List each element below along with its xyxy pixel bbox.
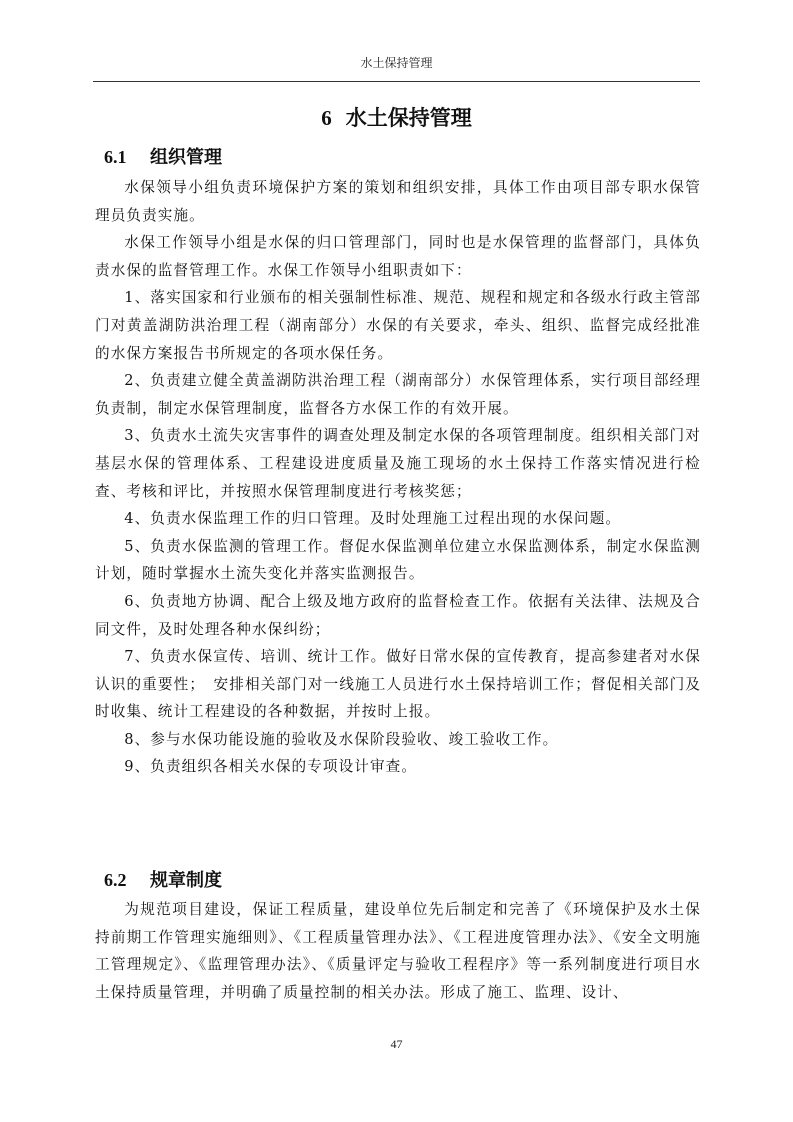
list-item: 7、负责水保宣传、培训、统计工作。做好日常水保的宣传教育，提高参建者对水保认识的… <box>95 643 701 726</box>
paragraph: 为规范项目建设，保证工程质量，建设单位先后制定和完善了《环境保护及水土保持前期工… <box>95 896 701 1006</box>
list-item: 2、负责建立健全黄盖湖防洪治理工程（湖南部分）水保管理体系，实行项目部经理负责制… <box>95 367 701 422</box>
page-number: 47 <box>93 1037 700 1052</box>
paragraph: 水保领导小组负责环境保护方案的策划和组织安排，具体工作由项目部专职水保管理员负责… <box>95 174 701 229</box>
list-item: 1、落实国家和行业颁布的相关强制性标准、规范、规程和规定和各级水行政主管部门对黄… <box>95 284 701 367</box>
section-body-6-2: 为规范项目建设，保证工程质量，建设单位先后制定和完善了《环境保护及水土保持前期工… <box>95 896 701 1006</box>
list-item: 4、负责水保监理工作的归口管理。及时处理施工过程出现的水保问题。 <box>95 505 701 533</box>
section-number: 6.2 <box>104 870 150 891</box>
running-header: 水土保持管理 <box>93 54 700 71</box>
document-page: 水土保持管理 6水土保持管理 6.1组织管理 水保领导小组负责环境保护方案的策划… <box>0 0 793 1122</box>
section-number: 6.1 <box>104 147 150 168</box>
list-item: 3、负责水土流失灾害事件的调查处理及制定水保的各项管理制度。组织相关部门对基层水… <box>95 422 701 505</box>
section-body-6-1: 水保领导小组负责环境保护方案的策划和组织安排，具体工作由项目部专职水保管理员负责… <box>95 174 701 781</box>
header-rule <box>93 81 700 82</box>
list-item: 8、参与水保功能设施的验收及水保阶段验收、竣工验收工作。 <box>95 726 701 754</box>
paragraph: 水保工作领导小组是水保的归口管理部门，同时也是水保管理的监督部门，具体负责水保的… <box>95 229 701 284</box>
list-item: 9、负责组织各相关水保的专项设计审查。 <box>95 753 701 781</box>
section-title: 规章制度 <box>150 870 222 891</box>
chapter-number: 6 <box>321 106 332 130</box>
section-heading-6-1: 6.1组织管理 <box>104 143 222 169</box>
chapter-heading: 水土保持管理 <box>346 106 472 130</box>
list-item: 6、负责地方协调、配合上级及地方政府的监督检查工作。依据有关法律、法规及合同文件… <box>95 588 701 643</box>
section-heading-6-2: 6.2规章制度 <box>104 866 222 892</box>
list-item: 5、负责水保监测的管理工作。督促水保监测单位建立水保监测体系，制定水保监测计划，… <box>95 533 701 588</box>
section-title: 组织管理 <box>150 147 222 168</box>
chapter-title: 6水土保持管理 <box>93 102 700 132</box>
